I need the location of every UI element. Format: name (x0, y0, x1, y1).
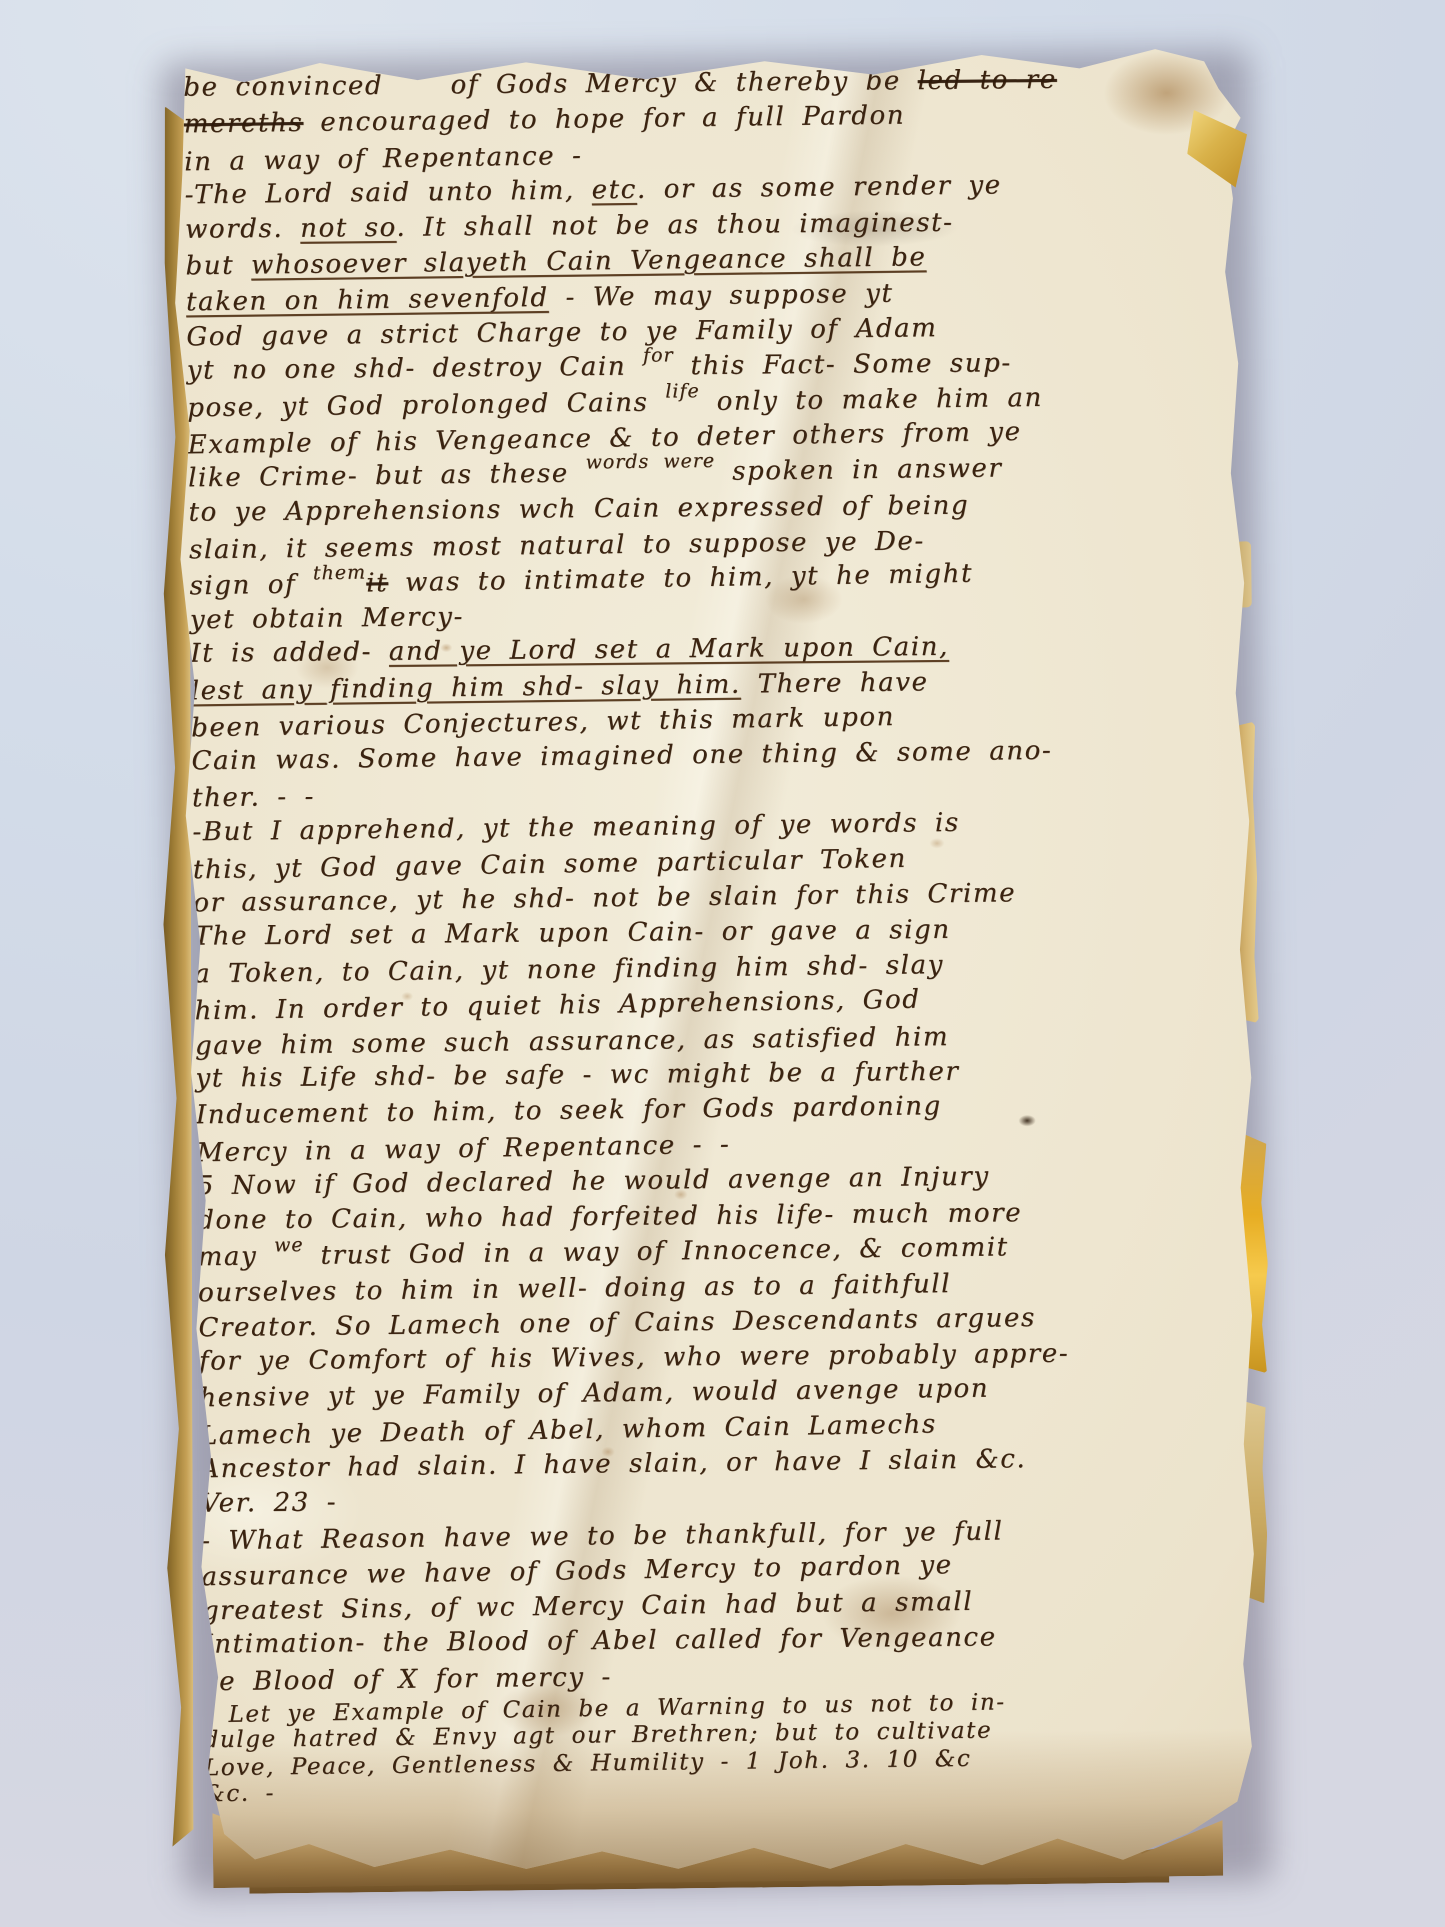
handwritten-text: sign of (189, 570, 313, 602)
handwritten-text: this, yt God gave Cain some particular T… (193, 843, 907, 884)
inserted-word: words were (585, 444, 715, 481)
underlined-phrase: not so (300, 212, 397, 243)
inserted-word: them (313, 556, 367, 592)
handwritten-text: -The Lord said unto him, (184, 176, 591, 211)
inserted-word: for (643, 338, 674, 374)
underlined-phrase: taken on him sevenfold (186, 283, 549, 317)
handwritten-text: may (197, 1241, 274, 1272)
manuscript-page-group: be convinced of Gods Mercy & thereby be … (157, 33, 1264, 1878)
handwritten-text: for ye Comfort of his Wives, who were pr… (199, 1339, 1070, 1377)
inserted-word: we (274, 1228, 304, 1264)
manuscript-page: be convinced of Gods Mercy & thereby be … (157, 33, 1264, 1878)
handwritten-text: Intimation- the Blood of Abel called for… (202, 1623, 997, 1660)
handwritten-text: in a way of Repentance - (184, 141, 583, 177)
handwritten-text: ye Blood of X for mercy - (203, 1662, 612, 1697)
handwritten-text: pose, yt God prolonged Cains (187, 387, 665, 423)
handwritten-text: this Fact- Some sup- (674, 348, 1012, 381)
handwritten-text: Mercy in a way of Repentance - - (196, 1129, 730, 1168)
inserted-word: life (665, 374, 700, 410)
handwritten-text: yet obtain Mercy- (190, 602, 464, 635)
struck-out-word: led to re (918, 65, 1057, 96)
handwritten-text: ther. - - (192, 782, 315, 813)
handwritten-text: Ver. 23 - (201, 1487, 338, 1518)
handwritten-text: was to intimate to him, yt he might (388, 559, 973, 598)
handwritten-text: It is added- (190, 637, 389, 669)
handwritten-text: There have (741, 667, 929, 699)
underlined-phrase: etc (591, 175, 637, 206)
struck-out-word: mereths (184, 108, 304, 139)
handwritten-text: . or as some render ye (637, 171, 1002, 205)
handwritten-text: done to Cain, who had forfeited his life… (197, 1198, 1022, 1235)
underlined-phrase: lest any finding him shd- slay him. (191, 669, 741, 706)
handwritten-text: spoken in answer (715, 454, 1003, 488)
struck-out-word: it (366, 569, 388, 599)
handwritten-text: like Crime- but as these (188, 459, 586, 494)
handwritten-text: ourselves to him in well- doing as to a … (198, 1269, 951, 1308)
handwritten-text: be convinced of Gods Mercy & thereby be (183, 66, 918, 103)
handwritten-text: - We may suppose yt (549, 279, 894, 313)
handwritten-text: encouraged to hope for a full Pardon (303, 101, 905, 138)
underlined-phrase: whosoever slayeth Cain Vengeance shall b… (251, 242, 927, 280)
handwritten-text: . It shall not be as thou imaginest- (396, 207, 953, 242)
handwritten-text: words. (185, 213, 300, 244)
manuscript-text: be convinced of Gods Mercy & thereby be … (183, 60, 1240, 1861)
handwritten-text: Inducement to him, to seek for Gods pard… (196, 1092, 942, 1131)
handwritten-text: trust God in a way of Innocence, & commi… (303, 1232, 1008, 1271)
handwritten-text: The Lord set a Mark upon Cain- or gave a… (194, 915, 951, 952)
handwritten-text: only to make him an (700, 382, 1043, 416)
photo-background: be convinced of Gods Mercy & thereby be … (0, 0, 1445, 1927)
handwritten-text: yt his Life shd- be safe - wc might be a… (195, 1057, 959, 1094)
handwritten-text: but (185, 251, 251, 282)
handwritten-text: to ye Apprehensions wch Cain expressed o… (188, 490, 969, 527)
underlined-phrase: and ye Lord set a Mark upon Cain, (389, 632, 949, 667)
handwritten-text: yt no one shd- destroy Cain (187, 352, 644, 386)
